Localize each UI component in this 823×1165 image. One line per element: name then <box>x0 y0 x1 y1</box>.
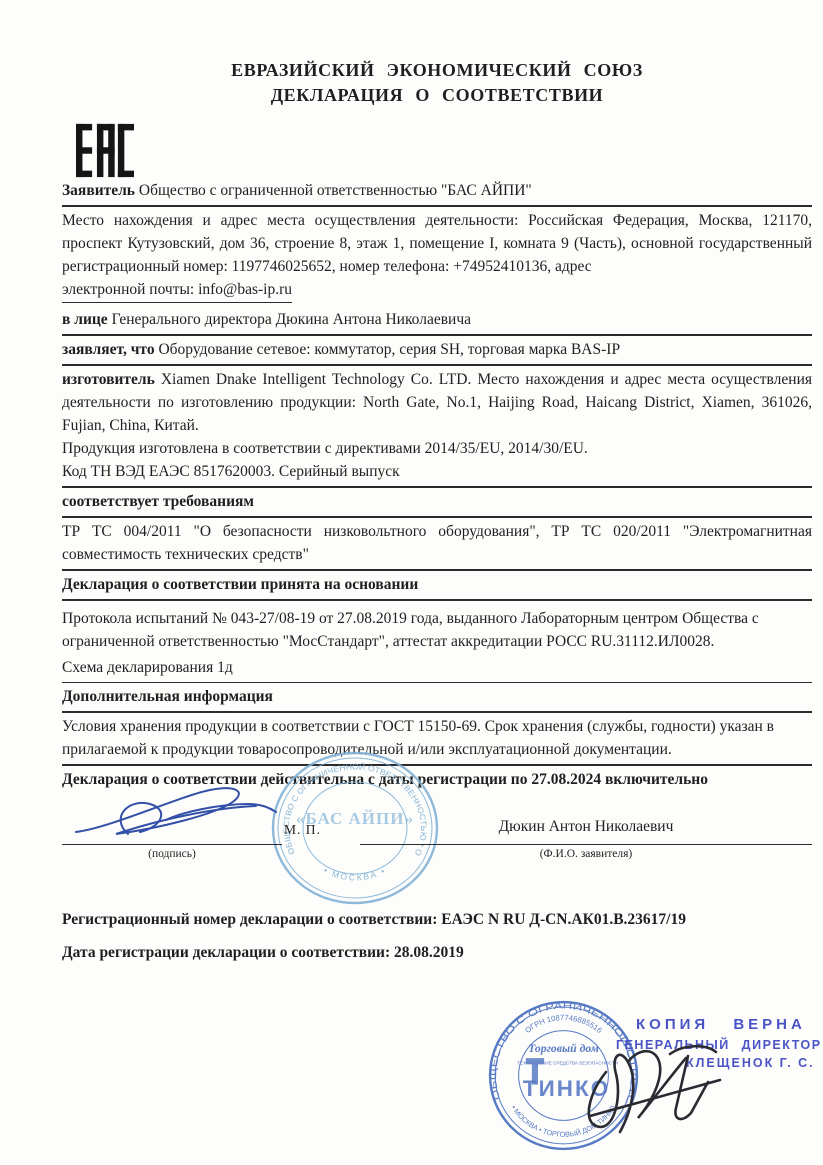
complies-heading: соответствует требованиям <box>62 488 812 518</box>
declares-label: заявляет, что <box>62 341 155 358</box>
applicant-stamp-ring-text: ОБЩЕСТВО С ОГРАНИЧЕННОЙ ОТВЕТСТВЕННОСТЬЮ… <box>270 750 428 857</box>
document-title: ЕВРАЗИЙСКИЙ ЭКОНОМИЧЕСКИЙ СОЮЗ ДЕКЛАРАЦИ… <box>62 58 812 108</box>
signature-block: ОБЩЕСТВО С ОГРАНИЧЕННОЙ ОТВЕТСТВЕННОСТЬЮ… <box>62 794 812 892</box>
fio-caption: (Ф.И.О. заявителя) <box>360 848 812 860</box>
declaration-document: ЕВРАЗИЙСКИЙ ЭКОНОМИЧЕСКИЙ СОЮЗ ДЕКЛАРАЦИ… <box>0 0 823 1165</box>
applicant-label: Заявитель <box>62 182 135 199</box>
declares-row: заявляет, что Оборудование сетевое: комм… <box>62 336 812 366</box>
additional-info-heading: Дополнительная информация <box>62 683 812 713</box>
registration-number-label: Регистрационный номер декларации о соотв… <box>62 911 437 928</box>
address-text: Место нахождения и адрес места осуществл… <box>62 209 812 278</box>
applicant-stamp-bottom-text: • МОСКВА • <box>322 865 388 882</box>
signature-caption: (подпись) <box>62 848 282 860</box>
basis-heading: Декларация о соответствии принята на осн… <box>62 571 812 601</box>
applicant-fio: Дюкин Антон Николаевич <box>360 818 812 836</box>
declaration-scheme: Схема декларирования 1д <box>62 656 812 683</box>
registration-number-line: Регистрационный номер декларации о соотв… <box>62 908 812 932</box>
declares-value: Оборудование сетевое: коммутатор, серия … <box>158 341 620 358</box>
stamp-place-label: М. П. <box>284 822 321 838</box>
applicant-signature <box>70 782 284 846</box>
address-row: Место нахождения и адрес места осуществл… <box>62 207 812 306</box>
title-line-union: ЕВРАЗИЙСКИЙ ЭКОНОМИЧЕСКИЙ СОЮЗ <box>62 58 812 83</box>
fio-line <box>360 844 812 845</box>
registration-date-value: 28.08.2019 <box>394 944 464 961</box>
manufacturer-value: Xiamen Dnake Intelligent Technology Co. … <box>62 371 812 434</box>
represented-by-label: в лице <box>62 311 108 328</box>
represented-by-row: в лице Генерального директора Дюкина Ант… <box>62 306 812 336</box>
manufacturer-label: изготовитель <box>62 371 155 388</box>
address-email-line: электронной почты: info@bas-ip.ru <box>62 278 292 303</box>
director-signature <box>570 1020 738 1152</box>
registration-date-label: Дата регистрации декларации о соответств… <box>62 944 390 961</box>
registration-number-value: ЕАЭС N RU Д-CN.АК01.В.23617/19 <box>441 911 686 928</box>
applicant-row: Заявитель Общество с ограниченной ответс… <box>62 177 812 207</box>
svg-text:• МОСКВА •: • МОСКВА • <box>322 865 388 882</box>
manufacturer-paragraph: изготовитель Xiamen Dnake Intelligent Te… <box>62 368 812 437</box>
applicant-value: Общество с ограниченной ответственностью… <box>139 182 532 199</box>
complies-text: ТР ТС 004/2011 "О безопасности низковоль… <box>62 518 812 571</box>
title-line-declaration: ДЕКЛАРАЦИЯ О СООТВЕТСТВИИ <box>62 83 812 108</box>
basis-text: Протокола испытаний № 043-27/08-19 от 27… <box>62 601 812 656</box>
document-body: ЕВРАЗИЙСКИЙ ЭКОНОМИЧЕСКИЙ СОЮЗ ДЕКЛАРАЦИ… <box>62 0 812 974</box>
manufacturer-directives: Продукция изготовлена в соответствии с д… <box>62 437 812 460</box>
registration-block: Регистрационный номер декларации о соотв… <box>62 908 812 965</box>
represented-by-value: Генерального директора Дюкина Антона Ник… <box>112 311 471 328</box>
registration-date-line: Дата регистрации декларации о соответств… <box>62 941 812 965</box>
manufacturer-tnved-code: Код ТН ВЭД ЕАЭС 8517620003. Серийный вып… <box>62 460 812 483</box>
manufacturer-row: изготовитель Xiamen Dnake Intelligent Te… <box>62 366 812 488</box>
svg-text:ОБЩЕСТВО С ОГРАНИЧЕННОЙ ОТВЕТС: ОБЩЕСТВО С ОГРАНИЧЕННОЙ ОТВЕТСТВЕННОСТЬЮ… <box>270 750 428 857</box>
